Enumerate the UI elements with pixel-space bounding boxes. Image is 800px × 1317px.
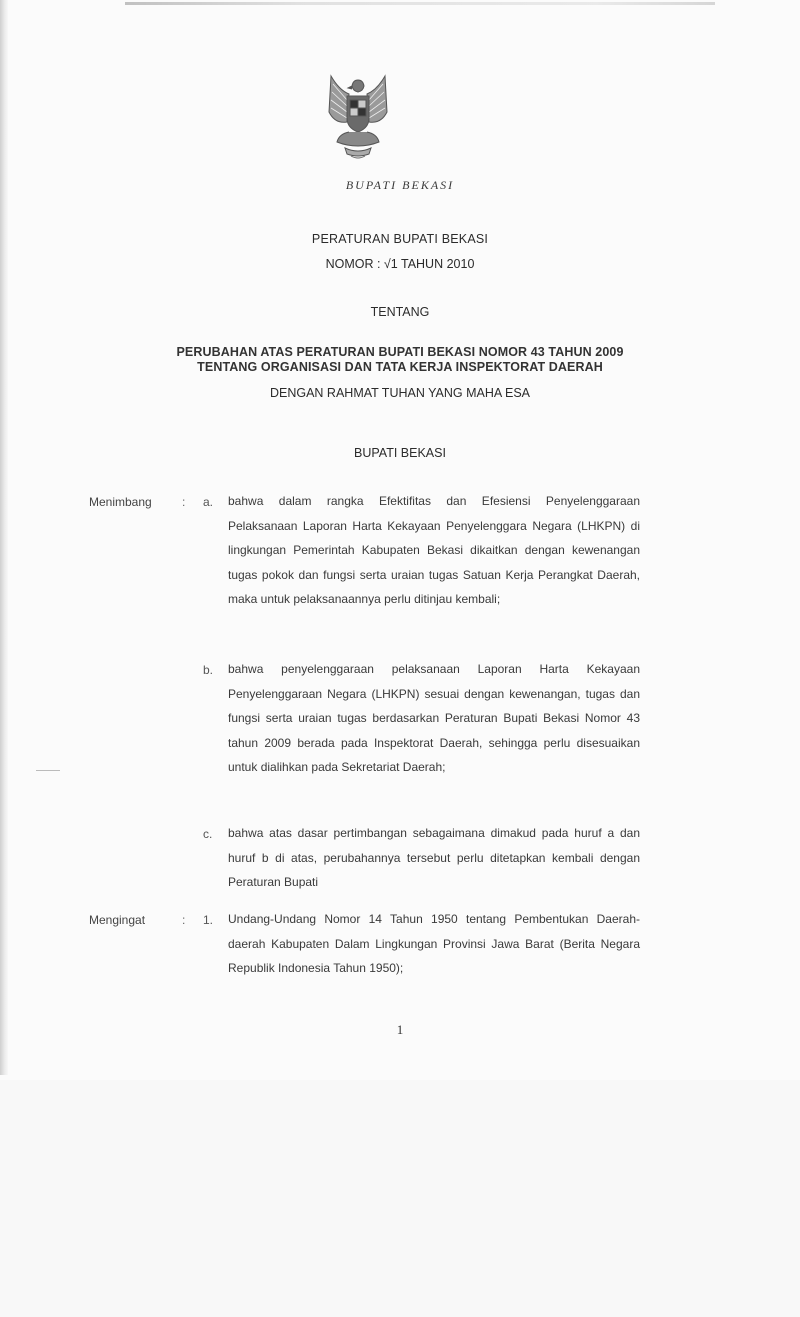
page-number: 1 xyxy=(0,1022,800,1038)
menimbang-item-b: bahwa penyelenggaraan pelaksanaan Lapora… xyxy=(228,657,640,780)
menimbang-item-a: bahwa dalam rangka Efektifitas dan Efesi… xyxy=(228,489,640,612)
menimbang-colon: : xyxy=(182,495,185,509)
mengingat-label: Mengingat xyxy=(89,913,145,927)
authority-heading: BUPATI BEKASI xyxy=(0,446,800,460)
garuda-emblem-icon xyxy=(325,72,391,162)
scan-mark xyxy=(36,770,60,771)
scan-edge-left xyxy=(0,0,8,1075)
scan-edge-top xyxy=(125,2,715,5)
mengingat-item-1: Undang-Undang Nomor 14 Tahun 1950 tentan… xyxy=(228,907,640,981)
item-marker: c. xyxy=(203,827,212,841)
item-marker: b. xyxy=(203,663,213,677)
regulation-type: PERATURAN BUPATI BEKASI xyxy=(0,232,800,246)
regulation-number: NOMOR : √1 TAHUN 2010 xyxy=(0,257,800,271)
invocation: DENGAN RAHMAT TUHAN YANG MAHA ESA xyxy=(0,386,800,400)
item-marker: 1. xyxy=(203,913,213,927)
issuer-heading: BUPATI BEKASI xyxy=(0,178,800,193)
document-title-line-2: TENTANG ORGANISASI DAN TATA KERJA INSPEK… xyxy=(0,360,800,374)
document-title-line-1: PERUBAHAN ATAS PERATURAN BUPATI BEKASI N… xyxy=(0,345,800,359)
menimbang-item-c: bahwa atas dasar pertimbangan sebagaiman… xyxy=(228,821,640,895)
about-heading: TENTANG xyxy=(0,305,800,319)
menimbang-label: Menimbang xyxy=(89,495,152,509)
document-page: BUPATI BEKASI PERATURAN BUPATI BEKASI NO… xyxy=(0,0,800,1080)
mengingat-colon: : xyxy=(182,913,185,927)
item-marker: a. xyxy=(203,495,213,509)
